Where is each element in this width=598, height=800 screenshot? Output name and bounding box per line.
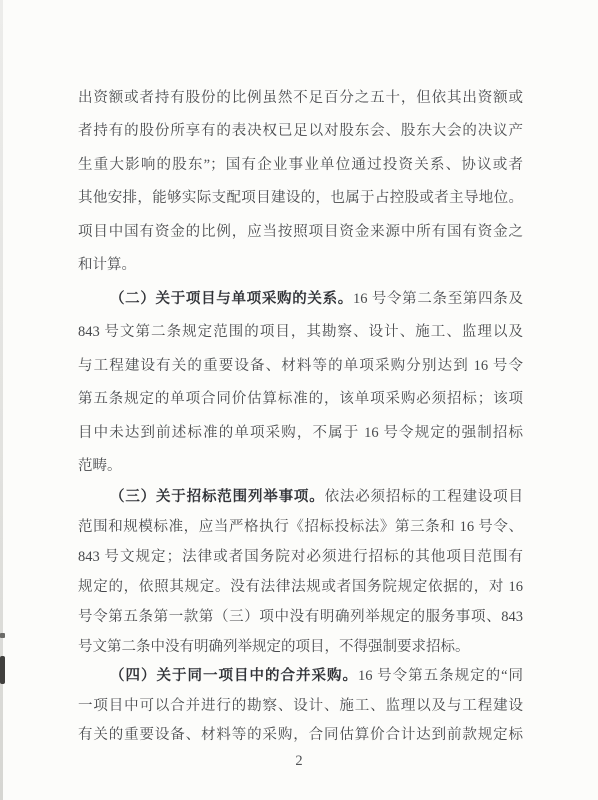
text-line: 一项目中可以合并进行的勘察、设计、施工、监理以及与工程建设 [78, 692, 523, 722]
body-text: 目中未达到前述标准的单项采购，不属于 16 号令规定的强制招标 [78, 425, 523, 441]
heading-text: （二）关于项目与单项采购的关系。 [110, 291, 353, 307]
text-line: 号文第二条中没有明确列举规定的项目，不得强制要求招标。 [78, 632, 523, 662]
body-text: 依法必须招标的工程建设项目 [325, 489, 523, 505]
paragraph-continuation: 出资额或者持有股份的比例虽然不足百分之五十，但依其出资额或者持有的股份所享有的表… [78, 82, 523, 283]
body-text: 范畴。 [78, 458, 122, 474]
text-line: 843 号文第二条规定范围的项目，其勘察、设计、施工、监理以及 [78, 316, 523, 349]
paragraph-section-3: （三）关于招标范围列举事项。依法必须招标的工程建设项目范围和规模标准，应当严格执… [78, 482, 523, 662]
paragraph-section-2: （二）关于项目与单项采购的关系。16 号令第二条至第四条及843 号文第二条规定… [78, 283, 523, 484]
text-line: 出资额或者持有股份的比例虽然不足百分之五十，但依其出资额或 [78, 82, 523, 115]
body-text: 第五条规定的单项合同价估算标准的，该单项采购必须招标；该项 [78, 391, 523, 407]
heading-text: （三）关于招标范围列举事项。 [110, 489, 325, 505]
scan-artifact-dash [0, 633, 5, 638]
page-number: 2 [0, 753, 598, 770]
body-text: 843 号文第二条规定范围的项目，其勘察、设计、施工、监理以及 [78, 324, 523, 340]
body-text: 843 号文规定；法律或者国务院对必须进行招标的其他项目范围有 [78, 549, 523, 565]
heading-text: （四）关于同一项目中的合并采购。 [110, 668, 358, 684]
text-line: 范畴。 [78, 450, 523, 483]
body-text: 号文第二条中没有明确列举规定的项目，不得强制要求招标。 [78, 639, 470, 655]
text-line: 843 号文规定；法律或者国务院对必须进行招标的其他项目范围有 [78, 542, 523, 572]
body-text: 和计算。 [78, 257, 136, 273]
document-page: 出资额或者持有股份的比例虽然不足百分之五十，但依其出资额或者持有的股份所享有的表… [0, 0, 598, 800]
body-text: 号令第五条第一款第（三）项中没有明确列举规定的服务事项、843 [78, 609, 523, 625]
body-text: 生重大影响的股东”；国有企业事业单位通过投资关系、协议或者 [78, 157, 523, 173]
text-line: 第五条规定的单项合同价估算标准的，该单项采购必须招标；该项 [78, 383, 523, 416]
body-text: 其他安排，能够实际支配项目建设的，也属于占控股或者主导地位。 [78, 190, 523, 206]
text-line: （四）关于同一项目中的合并采购。16 号令第五条规定的“同 [78, 662, 523, 692]
body-text: 范围和规模标准，应当严格执行《招标投标法》第三条和 16 号令、 [78, 519, 523, 535]
body-text: 16 号令第五条规定的“同 [358, 668, 523, 684]
body-text: 一项目中可以合并进行的勘察、设计、施工、监理以及与工程建设 [78, 698, 523, 714]
text-line: 目中未达到前述标准的单项采购，不属于 16 号令规定的强制招标 [78, 417, 523, 450]
body-text: 有关的重要设备、材料等的采购，合同估算价合计达到前款规定标 [78, 727, 523, 743]
body-text: 规定的，依照其规定。没有法律法规或者国务院规定依据的，对 16 [78, 579, 523, 595]
text-line: 和计算。 [78, 249, 523, 282]
paragraph-section-4: （四）关于同一项目中的合并采购。16 号令第五条规定的“同一项目中可以合并进行的… [78, 662, 523, 751]
text-line: 生重大影响的股东”；国有企业事业单位通过投资关系、协议或者 [78, 149, 523, 182]
text-line: 其他安排，能够实际支配项目建设的，也属于占控股或者主导地位。 [78, 182, 523, 215]
body-text: 与工程建设有关的重要设备、材料等的单项采购分别达到 16 号令 [78, 358, 523, 374]
text-line: 项目中国有资金的比例，应当按照项目资金来源中所有国有资金之 [78, 216, 523, 249]
text-line: 者持有的股份所享有的表决权已足以对股东会、股东大会的决议产 [78, 115, 523, 148]
scan-artifact-blob [0, 656, 5, 684]
body-text: 出资额或者持有股份的比例虽然不足百分之五十，但依其出资额或 [78, 90, 523, 106]
text-line: 号令第五条第一款第（三）项中没有明确列举规定的服务事项、843 [78, 602, 523, 632]
body-text: 项目中国有资金的比例，应当按照项目资金来源中所有国有资金之 [78, 224, 523, 240]
text-line: 规定的，依照其规定。没有法律法规或者国务院规定依据的，对 16 [78, 572, 523, 602]
text-line: 范围和规模标准，应当严格执行《招标投标法》第三条和 16 号令、 [78, 512, 523, 542]
text-line: （二）关于项目与单项采购的关系。16 号令第二条至第四条及 [78, 283, 523, 316]
body-text: 16 号令第二条至第四条及 [353, 291, 523, 307]
text-line: 有关的重要设备、材料等的采购，合同估算价合计达到前款规定标 [78, 721, 523, 751]
text-line: （三）关于招标范围列举事项。依法必须招标的工程建设项目 [78, 482, 523, 512]
text-line: 与工程建设有关的重要设备、材料等的单项采购分别达到 16 号令 [78, 350, 523, 383]
body-text: 者持有的股份所享有的表决权已足以对股东会、股东大会的决议产 [78, 123, 523, 139]
